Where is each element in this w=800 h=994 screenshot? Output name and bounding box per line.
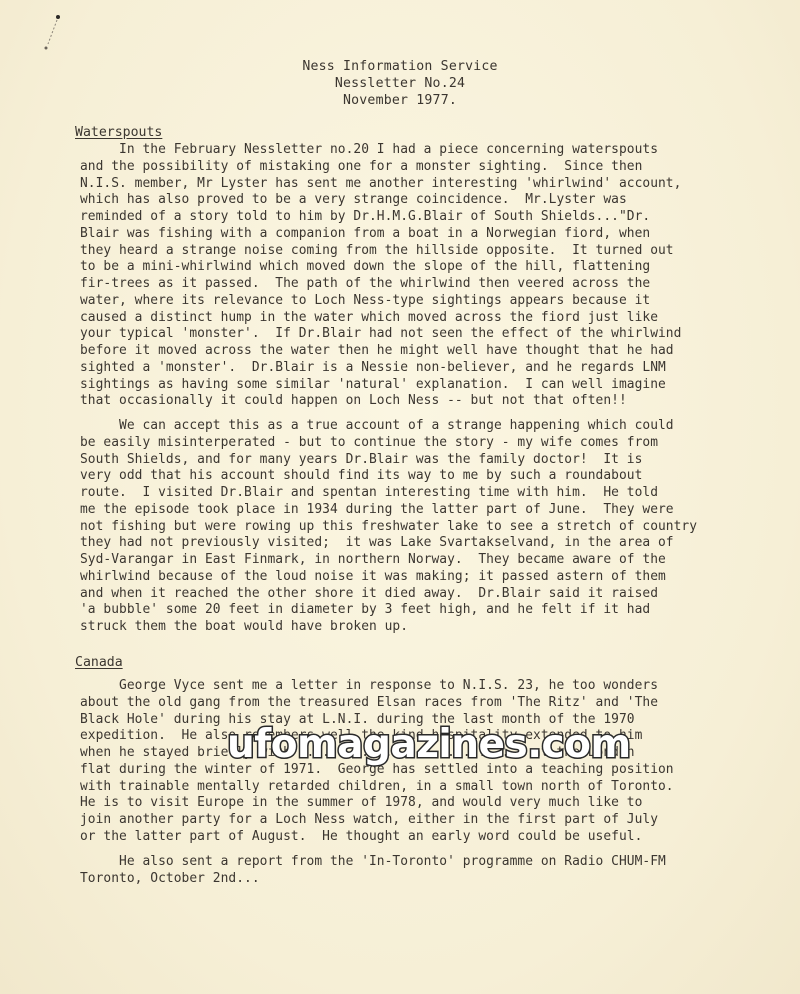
- text-line: He also sent a report from the 'In-Toron…: [80, 854, 750, 871]
- text-line: not fishing but were rowing up this fres…: [80, 519, 750, 536]
- text-line: about the old gang from the treasured El…: [80, 695, 750, 712]
- text-line: struck them the boat would have broken u…: [80, 619, 750, 636]
- text-line: or the latter part of August. He thought…: [80, 829, 750, 846]
- text-line: Toronto, October 2nd...: [80, 871, 750, 888]
- issue-date: November 1977.: [0, 92, 800, 109]
- text-line: very odd that his account should find it…: [80, 468, 750, 485]
- paragraph: In the February Nessletter no.20 I had a…: [80, 142, 750, 410]
- section-heading-canada: Canada: [75, 655, 123, 670]
- text-line: fir-trees as it passed. The path of the …: [80, 276, 750, 293]
- text-line: and the possibility of mistaking one for…: [80, 159, 750, 176]
- newsletter-page: Ness Information Service Nessletter No.2…: [0, 0, 800, 994]
- text-line: and when it reached the other shore it d…: [80, 586, 750, 603]
- text-line: me the episode took place in 1934 during…: [80, 502, 750, 519]
- section-heading-waterspouts: Waterspouts: [75, 125, 162, 140]
- text-line: caused a distinct hump in the water whic…: [80, 310, 750, 327]
- watermark-logo: ufomagazines.com: [227, 723, 631, 767]
- text-line: In the February Nessletter no.20 I had a…: [80, 142, 750, 159]
- text-line: with trainable mentally retarded childre…: [80, 779, 750, 796]
- text-line: they had not previously visited; it was …: [80, 535, 750, 552]
- text-line: be easily misinterperated - but to conti…: [80, 435, 750, 452]
- text-line: reminded of a story told to him by Dr.H.…: [80, 209, 750, 226]
- text-line: We can accept this as a true account of …: [80, 418, 750, 435]
- text-line: He is to visit Europe in the summer of 1…: [80, 795, 750, 812]
- text-line: whirlwind because of the loud noise it w…: [80, 569, 750, 586]
- text-line: join another party for a Loch Ness watch…: [80, 812, 750, 829]
- text-line: before it moved across the water then he…: [80, 343, 750, 360]
- issue-number: Nessletter No.24: [0, 75, 800, 92]
- text-line: water, where its relevance to Loch Ness-…: [80, 293, 750, 310]
- pen-mark-icon: [40, 14, 62, 56]
- text-line: South Shields, and for many years Dr.Bla…: [80, 452, 750, 469]
- organization-name: Ness Information Service: [0, 58, 800, 75]
- text-line: 'a bubble' some 20 feet in diameter by 3…: [80, 602, 750, 619]
- text-line: that occasionally it could happen on Loc…: [80, 393, 750, 410]
- text-line: Blair was fishing with a companion from …: [80, 226, 750, 243]
- text-line: your typical 'monster'. If Dr.Blair had …: [80, 326, 750, 343]
- text-line: sighted a 'monster'. Dr.Blair is a Nessi…: [80, 360, 750, 377]
- text-line: George Vyce sent me a letter in response…: [80, 678, 750, 695]
- paragraph: We can accept this as a true account of …: [80, 418, 750, 636]
- masthead: Ness Information Service Nessletter No.2…: [0, 58, 800, 109]
- text-line: they heard a strange noise coming from t…: [80, 243, 750, 260]
- paragraph: He also sent a report from the 'In-Toron…: [80, 854, 750, 888]
- text-line: which has also proved to be a very stran…: [80, 192, 750, 209]
- text-line: N.I.S. member, Mr Lyster has sent me ano…: [80, 176, 750, 193]
- text-line: route. I visited Dr.Blair and spentan in…: [80, 485, 750, 502]
- text-line: to be a mini-whirlwind which moved down …: [80, 259, 750, 276]
- text-line: sightings as having some similar 'natura…: [80, 377, 750, 394]
- text-line: Syd-Varangar in East Finmark, in norther…: [80, 552, 750, 569]
